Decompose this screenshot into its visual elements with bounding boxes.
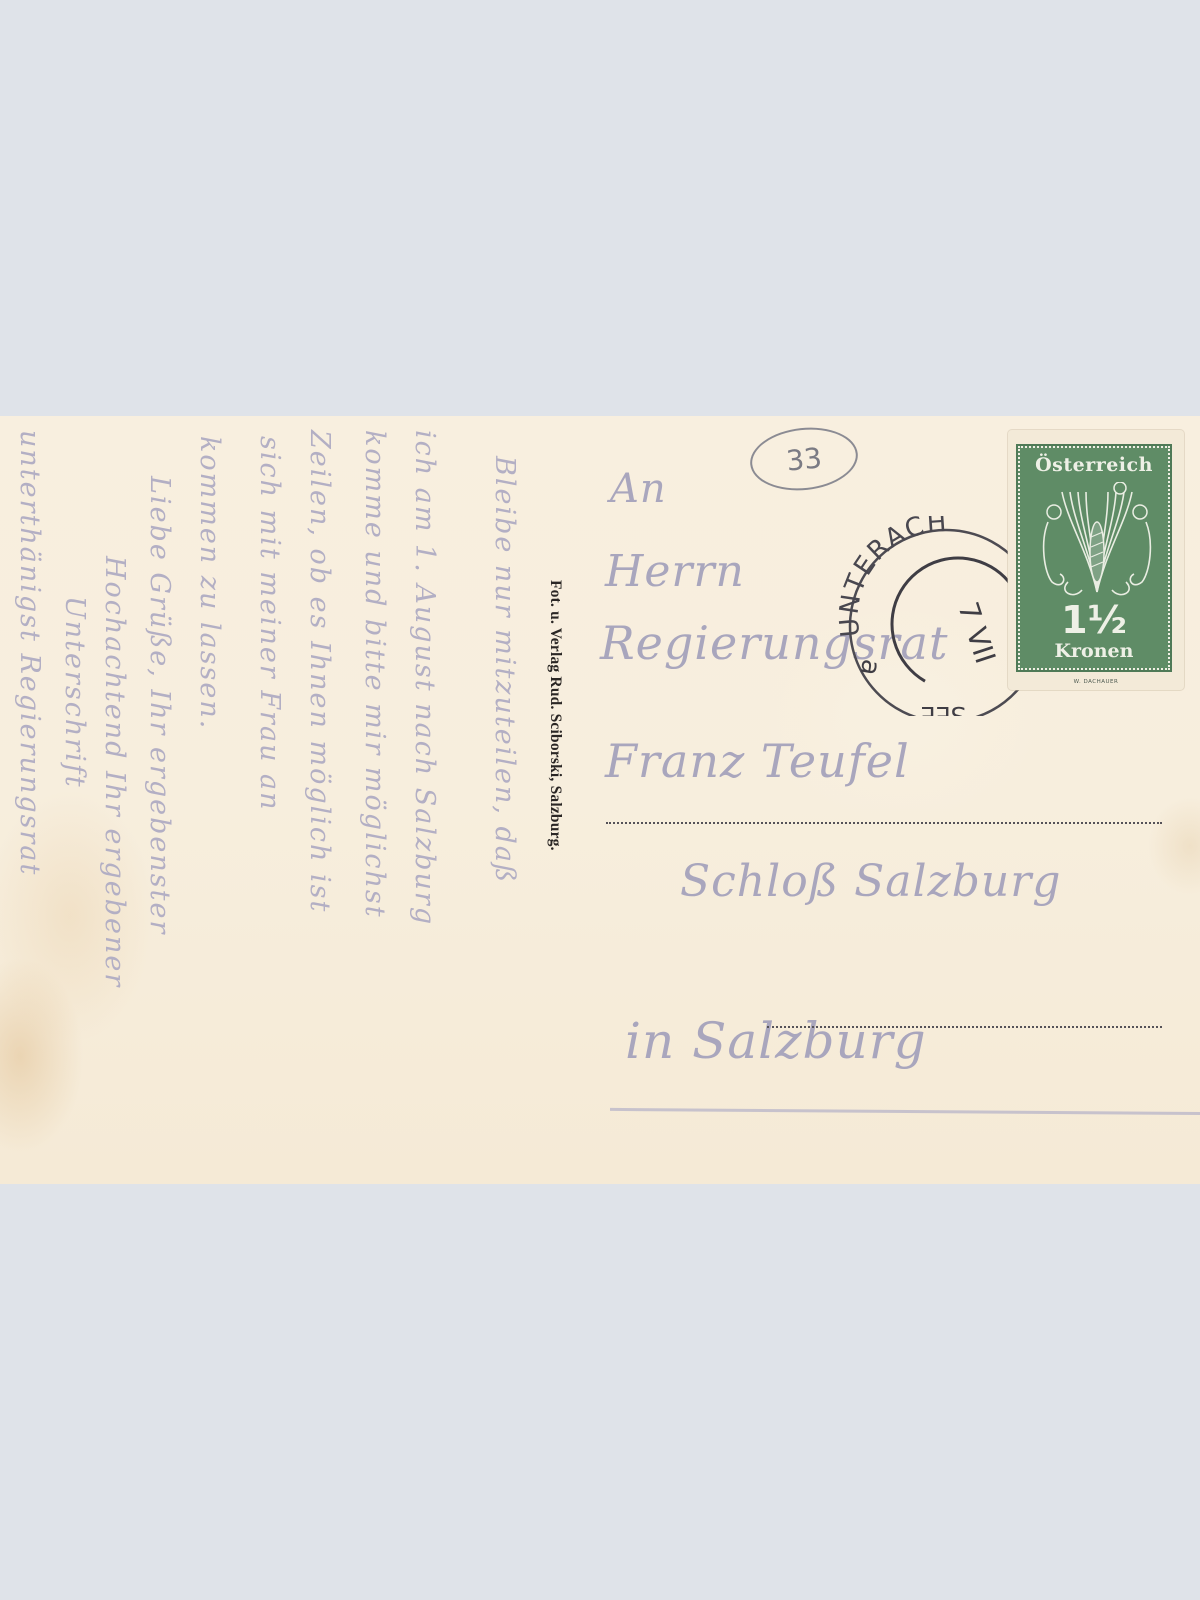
address-line: Herrn bbox=[605, 546, 745, 597]
message-line: kommen zu lassen. bbox=[194, 436, 225, 730]
message-line: Unterschrift bbox=[59, 596, 90, 789]
stamp-country: Österreich bbox=[1020, 454, 1168, 476]
address-line: Schloß Salzburg bbox=[680, 856, 1061, 907]
stamp-designer: W. DACHAUER bbox=[1008, 679, 1184, 685]
address-dotted-line bbox=[606, 822, 1162, 824]
postcard: Bleibe nur mitzuteilen, daß ich am 1. Au… bbox=[0, 416, 1200, 1184]
message-line: ich am 1. August nach Salzburg bbox=[409, 430, 440, 926]
postmark-town-bottom: SEE bbox=[920, 701, 966, 716]
address-dotted-line bbox=[767, 1026, 1162, 1028]
message-line: sich mit meiner Frau an bbox=[254, 436, 285, 812]
svg-text:UNTERACH: UNTERACH bbox=[838, 516, 949, 638]
stamp-design: Österreich bbox=[1018, 446, 1170, 670]
address-line: in Salzburg bbox=[625, 1012, 927, 1070]
postage-stamp: Österreich bbox=[1008, 430, 1184, 690]
postmark-letter: a bbox=[854, 657, 886, 678]
address-line: Franz Teufel bbox=[605, 734, 910, 788]
wheat-icon bbox=[1038, 482, 1156, 602]
stamp-value: 1½ bbox=[1020, 598, 1168, 642]
message-line: Liebe Grüße, Ihr ergebenster bbox=[144, 476, 175, 935]
message-line: Hochachtend Ihr ergebener bbox=[99, 556, 130, 988]
message-line: unterthänigst Regierungsrat bbox=[14, 430, 45, 876]
message-line: Bleibe nur mitzuteilen, daß bbox=[489, 456, 520, 884]
archive-number: 33 bbox=[747, 423, 861, 496]
message-line: komme und bitte mir möglichst bbox=[359, 430, 390, 919]
message-line: Zeilen, ob es Ihnen möglich ist bbox=[304, 430, 335, 913]
stamp-currency: Kronen bbox=[1020, 640, 1168, 662]
address-line: An bbox=[610, 466, 667, 512]
pencil-underline bbox=[610, 1108, 1200, 1115]
publisher-imprint: Fot. u. Verlag Rud. Sciborski, Salzburg. bbox=[546, 580, 564, 851]
postmark-town: UNTERACH bbox=[838, 516, 949, 638]
postmark-date: 7 VII bbox=[951, 598, 1002, 668]
